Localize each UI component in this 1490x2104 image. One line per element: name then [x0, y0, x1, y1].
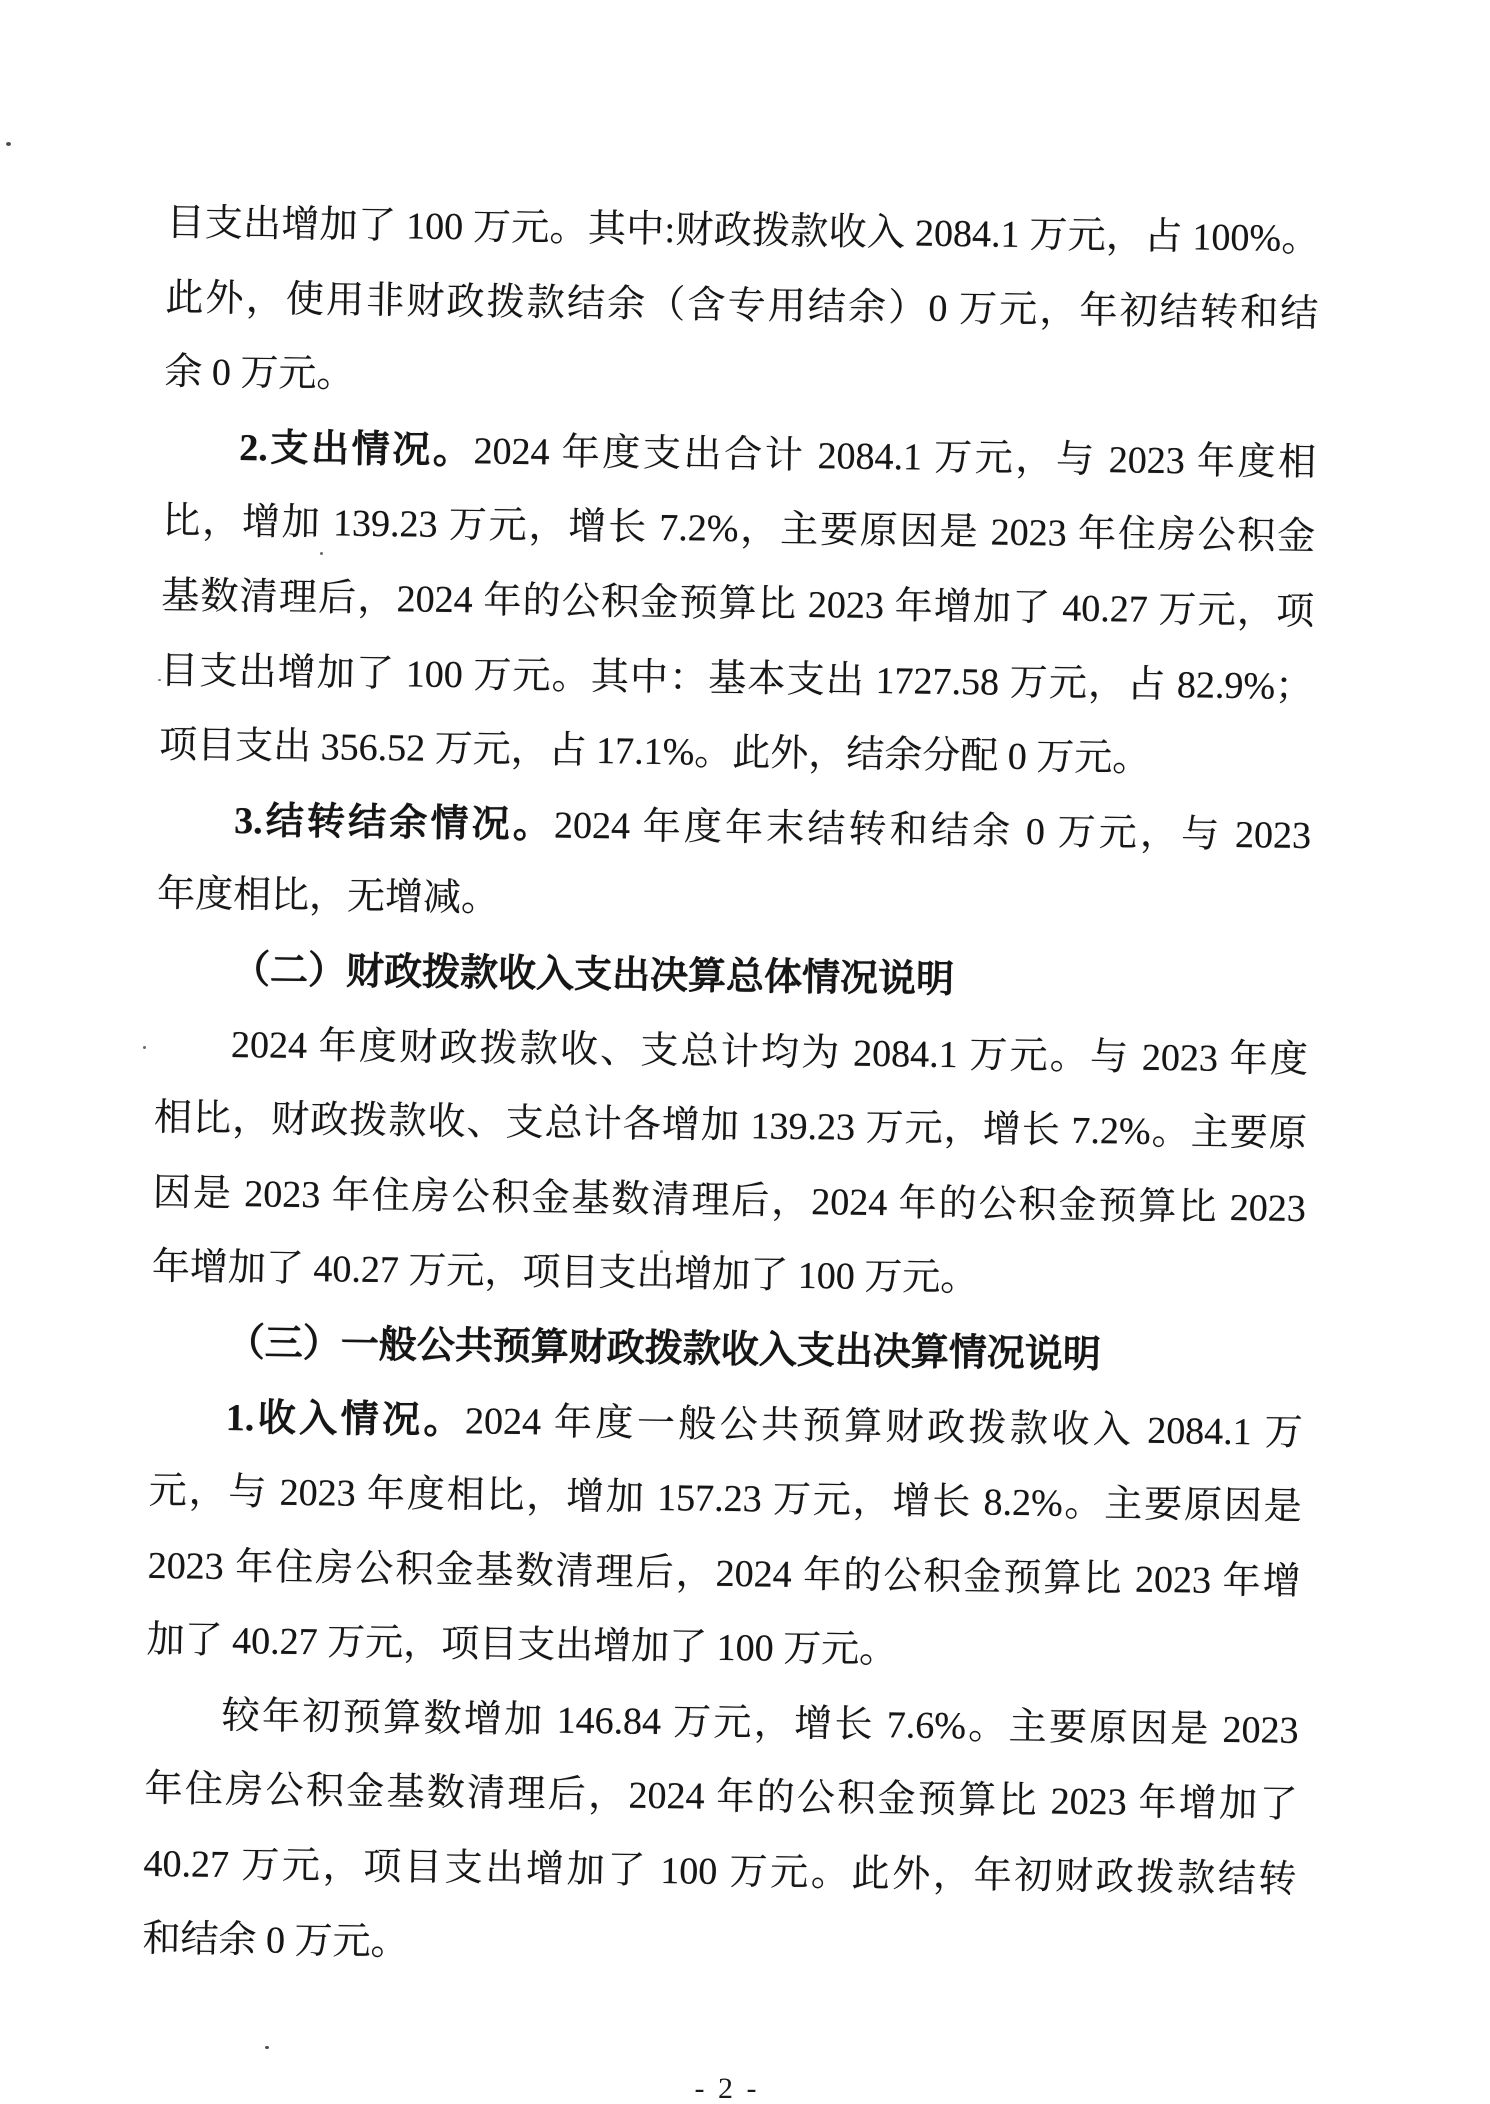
line-text: 此外，使用非财政拨款结余（含专用结余）0 万元，年初结转和结 — [165, 277, 1318, 335]
line-text: 2024 年度支出合计 2084.1 万元，与 2023 年度相 — [473, 430, 1316, 484]
line-text: 比，增加 139.23 万元，增长 7.2%，主要原因是 2023 年住房公积金 — [162, 500, 1315, 558]
line-text: 2024 年度一般公共预算财政拨款收入 2084.1 万 — [465, 1400, 1303, 1454]
scan-speck — [143, 1046, 146, 1049]
run-in-heading: 1.收入情况。 — [226, 1396, 466, 1441]
run-in-heading: 2.支出情况。 — [239, 427, 474, 472]
line-text: 年度相比，无增减。 — [157, 873, 500, 920]
line-text: 余 0 万元。 — [164, 351, 355, 396]
line-text: 较年初预算数增加 146.84 万元，增长 7.6%。主要原因是 2023 — [221, 1695, 1298, 1752]
line-text: 项目支出 356.52 万元，占 17.1%。此外，结余分配 0 万元。 — [159, 724, 1151, 780]
scan-speck — [158, 679, 161, 681]
line-text: 目支出增加了 100 万元。其中：基本支出 1727.58 万元，占 82.9%… — [160, 650, 1313, 708]
line-text: 年住房公积金基数清理后，2024 年的公积金预算比 2023 年增加了 — [144, 1768, 1297, 1826]
heading-text: （二）财政拨款收入支出决算总体情况说明 — [232, 949, 955, 1001]
run-in-heading: 3.结转结余情况。 — [234, 800, 554, 846]
line-text: 2024 年度年末结转和结余 0 万元，与 2023 — [554, 804, 1312, 857]
page-number: - 2 - — [0, 2072, 1454, 2104]
scan-speck — [265, 2046, 269, 2049]
scan-speck — [320, 552, 323, 555]
page-content: 目支出增加了 100 万元。其中:财政拨款收入 2084.1 万元，占 100%… — [142, 186, 1320, 1992]
scan-speck — [6, 142, 11, 146]
line-text: 2024 年度财政拨款收、支总计均为 2084.1 万元。与 2023 年度 — [231, 1024, 1308, 1081]
heading-text: （三）一般公共预算财政拨款收入支出决算情况说明 — [227, 1322, 1102, 1376]
line-text: 40.27 万元，项目支出增加了 100 万元。此外，年初财政拨款结转 — [143, 1843, 1296, 1901]
line-text: 基数清理后，2024 年的公积金预算比 2023 年增加了 40.27 万元，项 — [161, 575, 1314, 633]
line-text: 目支出增加了 100 万元。其中:财政拨款收入 2084.1 万元，占 100%… — [166, 202, 1319, 260]
line-text: 相比，财政拨款收、支总计各增加 139.23 万元，增长 7.2%。主要原 — [154, 1097, 1307, 1155]
scan-speck — [660, 1250, 663, 1253]
line-text: 加了 40.27 万元，项目支出增加了 100 万元。 — [146, 1619, 897, 1671]
scanned-document-page: 目支出增加了 100 万元。其中:财政拨款收入 2084.1 万元，占 100%… — [0, 0, 1490, 2104]
line-text: 和结余 0 万元。 — [142, 1917, 409, 1963]
line-text: 2023 年住房公积金基数清理后，2024 年的公积金预算比 2023 年增 — [147, 1545, 1300, 1603]
line-text: 年增加了 40.27 万元，项目支出增加了 100 万元。 — [152, 1246, 979, 1300]
line-text: 元，与 2023 年度相比，增加 157.23 万元，增长 8.2%。主要原因是 — [148, 1470, 1301, 1528]
line-text: 因是 2023 年住房公积金基数清理后，2024 年的公积金预算比 2023 — [153, 1172, 1306, 1230]
